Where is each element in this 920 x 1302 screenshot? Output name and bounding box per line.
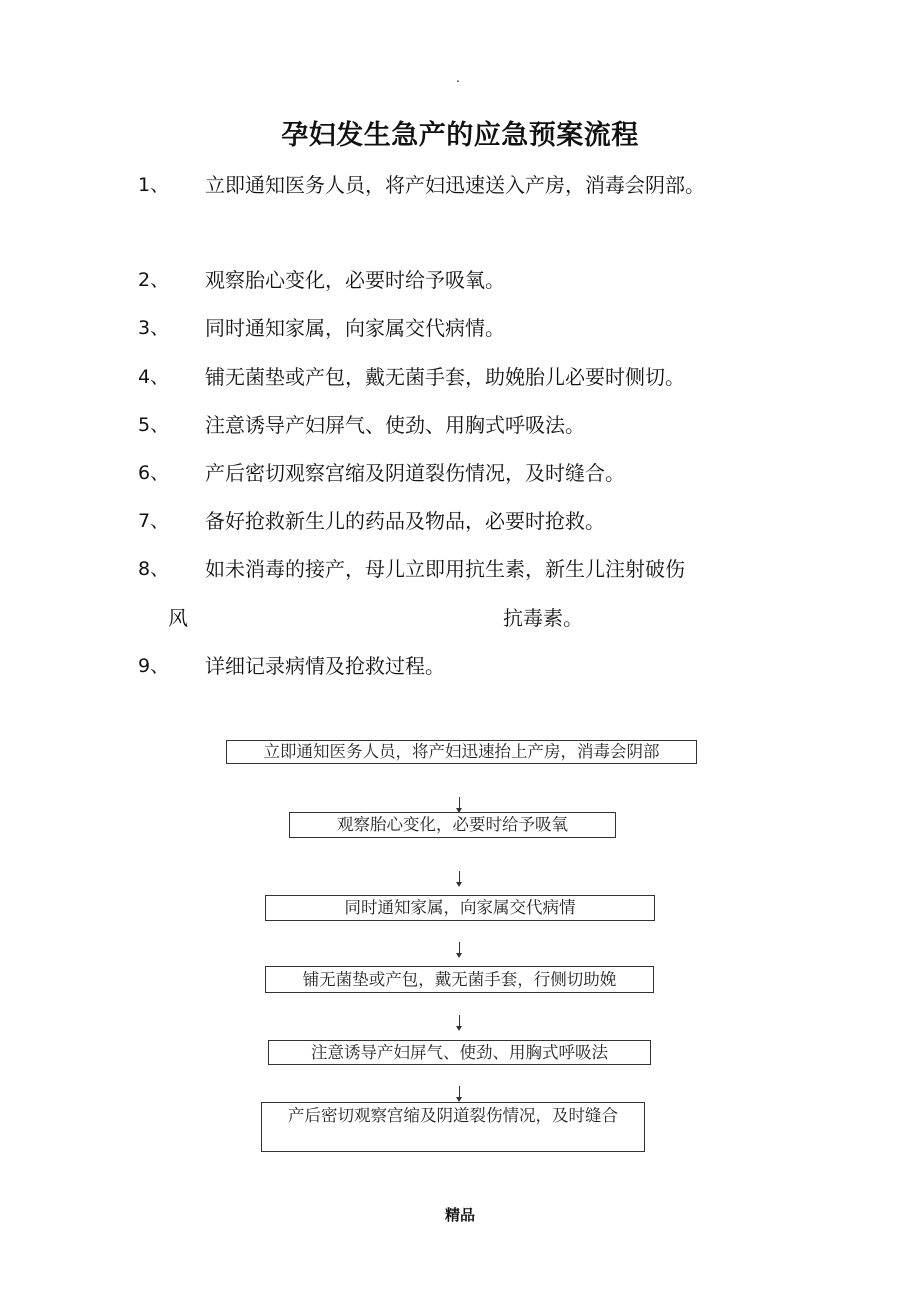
step-text: 观察胎心变化，必要时给予吸氧。 — [205, 265, 505, 295]
step-item: 4、 铺无菌垫或产包，戴无菌手套，助娩胎儿必要时侧切。 — [0, 362, 920, 392]
down-arrow-icon — [459, 942, 460, 954]
step-item: 2、 观察胎心变化，必要时给予吸氧。 — [0, 265, 920, 295]
step-text: 铺无菌垫或产包，戴无菌手套，助娩胎儿必要时侧切。 — [205, 362, 685, 392]
step-number: 2、 — [138, 265, 169, 295]
step-number: 3、 — [138, 313, 169, 343]
step-item: 6、 产后密切观察宫缩及阴道裂伤情况，及时缝合。 — [0, 458, 920, 488]
flow-node: 铺无菌垫或产包，戴无菌手套，行侧切助娩 — [265, 966, 654, 993]
down-arrow-icon — [459, 797, 460, 809]
page-header-mark: . — [456, 72, 460, 84]
flow-node: 立即通知医务人员，将产妇迅速抬上产房，消毒会阴部 — [226, 740, 697, 764]
step-item: 8、 如未消毒的接产，母儿立即用抗生素，新生儿注射破伤 — [0, 554, 920, 584]
flow-node: 产后密切观察宫缩及阴道裂伤情况，及时缝合 — [261, 1102, 645, 1152]
step-number: 1、 — [138, 170, 169, 200]
down-arrow-icon — [459, 1015, 460, 1027]
step-item: 9、 详细记录病情及抢救过程。 — [0, 651, 920, 681]
step-number: 5、 — [138, 410, 169, 440]
step-text: 立即通知医务人员，将产妇迅速送入产房，消毒会阴部。 — [205, 170, 705, 200]
flow-node: 观察胎心变化，必要时给予吸氧 — [289, 812, 616, 838]
step-number: 6、 — [138, 458, 169, 488]
step-item: 5、 注意诱导产妇屏气、使劲、用胸式呼吸法。 — [0, 410, 920, 440]
step-item: 1、 立即通知医务人员，将产妇迅速送入产房，消毒会阴部。 — [0, 170, 920, 200]
flow-node: 注意诱导产妇屏气、使劲、用胸式呼吸法 — [268, 1040, 651, 1065]
step-item-continuation: 风 抗毒素。 — [0, 603, 920, 633]
step-continuation-right: 抗毒素。 — [503, 603, 583, 633]
step-text: 注意诱导产妇屏气、使劲、用胸式呼吸法。 — [205, 410, 585, 440]
step-item: 3、 同时通知家属，向家属交代病情。 — [0, 313, 920, 343]
step-number: 4、 — [138, 362, 169, 392]
step-number: 9、 — [138, 651, 169, 681]
step-item: 7、 备好抢救新生儿的药品及物品，必要时抢救。 — [0, 506, 920, 536]
down-arrow-icon — [459, 1086, 460, 1098]
step-text: 同时通知家属，向家属交代病情。 — [205, 313, 505, 343]
step-number: 8、 — [138, 554, 169, 584]
footer-mark: 精品 — [0, 1205, 920, 1225]
flow-node: 同时通知家属，向家属交代病情 — [265, 895, 655, 921]
step-continuation-left: 风 — [168, 603, 188, 633]
document-title: 孕妇发生急产的应急预案流程 — [0, 118, 920, 154]
step-text: 备好抢救新生儿的药品及物品，必要时抢救。 — [205, 506, 605, 536]
step-text: 详细记录病情及抢救过程。 — [205, 651, 445, 681]
down-arrow-icon — [459, 871, 460, 883]
step-number: 7、 — [138, 506, 169, 536]
step-text: 如未消毒的接产，母儿立即用抗生素，新生儿注射破伤 — [205, 554, 685, 584]
step-text: 产后密切观察宫缩及阴道裂伤情况，及时缝合。 — [205, 458, 625, 488]
